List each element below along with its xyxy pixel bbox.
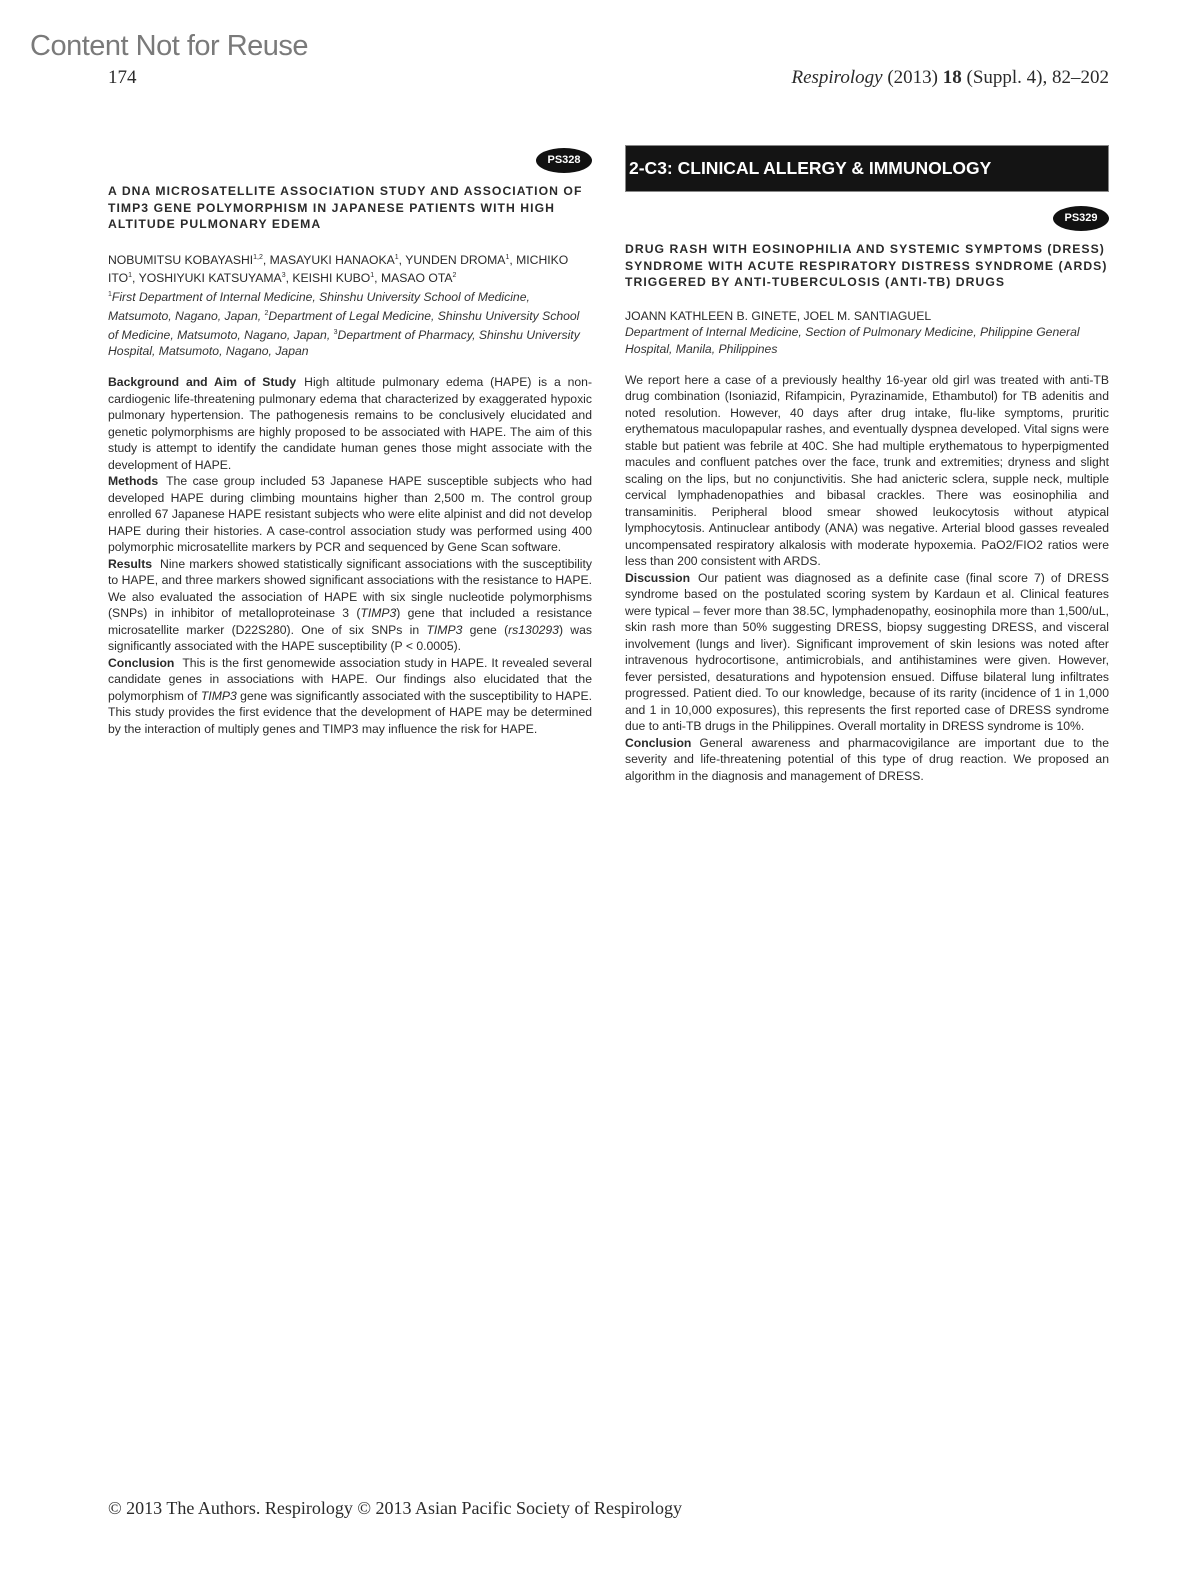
discussion-section: DiscussionOur patient was diagnosed as a…: [625, 570, 1109, 735]
abstract-id-badge: PS328: [536, 148, 592, 173]
section-heading: Conclusion: [108, 656, 174, 670]
journal-year: (2013): [887, 67, 938, 88]
abstract-ps328: PS328 A DNA MICROSATELLITE ASSOCIATION S…: [108, 145, 592, 737]
section-heading-bar: 2-C3: CLINICAL ALLERGY & IMMUNOLOGY: [625, 145, 1109, 192]
section-text: Our patient was diagnosed as a definite …: [625, 571, 1109, 734]
journal-suppl: (Suppl. 4), 82–202: [967, 67, 1110, 88]
methods-section: MethodsThe case group included 53 Japane…: [108, 473, 592, 556]
author: NOBUMITSU KOBAYASHI: [108, 253, 253, 267]
section-heading: Discussion: [625, 571, 690, 585]
gene-name: TIMP3: [201, 689, 237, 703]
author-list: NOBUMITSU KOBAYASHI1,2, MASAYUKI HANAOKA…: [108, 250, 592, 288]
section-text: General awareness and pharmacovigilance …: [625, 736, 1109, 783]
author: MASAYUKI HANAOKA: [270, 253, 395, 267]
conclusion-section: ConclusionThis is the first genomewide a…: [108, 655, 592, 738]
section-text: High altitude pulmonary edema (HAPE) is …: [108, 375, 592, 472]
section-heading: Background and Aim of Study: [108, 375, 296, 389]
section-text: The case group included 53 Japanese HAPE…: [108, 474, 592, 554]
journal-volume: 18: [943, 67, 962, 88]
author: MASAO OTA: [381, 271, 453, 285]
section-heading: Methods: [108, 474, 158, 488]
watermark: Content Not for Reuse: [30, 30, 308, 63]
journal-name: Respirology: [791, 67, 882, 88]
author: KEISHI KUBO: [292, 271, 370, 285]
snp-id: rs130293: [508, 623, 559, 637]
results-section: ResultsNine markers showed statistically…: [108, 556, 592, 655]
abstract-title: DRUG RASH WITH EOSINOPHILIA AND SYSTEMIC…: [625, 241, 1109, 291]
abstract-title: A DNA MICROSATELLITE ASSOCIATION STUDY A…: [108, 183, 592, 233]
gene-name: TIMP3: [426, 623, 462, 637]
case-report-section: We report here a case of a previously he…: [625, 372, 1109, 570]
abstract-id-badge: PS329: [1053, 206, 1109, 231]
background-section: Background and Aim of StudyHigh altitude…: [108, 374, 592, 473]
page-number: 174: [108, 67, 137, 89]
conclusion-section: ConclusionGeneral awareness and pharmaco…: [625, 735, 1109, 785]
gene-name: TIMP3: [360, 606, 396, 620]
copyright-footer: © 2013 The Authors. Respirology © 2013 A…: [108, 1498, 682, 1519]
author-list: JOANN KATHLEEN B. GINETE, JOEL M. SANTIA…: [625, 308, 1109, 325]
journal-citation: Respirology (2013) 18 (Suppl. 4), 82–202: [791, 67, 1109, 89]
affiliation: Department of Internal Medicine, Section…: [625, 324, 1109, 357]
abstract-ps329: 2-C3: CLINICAL ALLERGY & IMMUNOLOGY PS32…: [625, 145, 1109, 784]
affiliations: 1First Department of Internal Medicine, …: [108, 287, 592, 360]
section-heading: Conclusion: [625, 736, 691, 750]
section-heading: Results: [108, 557, 152, 571]
author: YOSHIYUKI KATSUYAMA: [139, 271, 282, 285]
author: YUNDEN DROMA: [405, 253, 505, 267]
